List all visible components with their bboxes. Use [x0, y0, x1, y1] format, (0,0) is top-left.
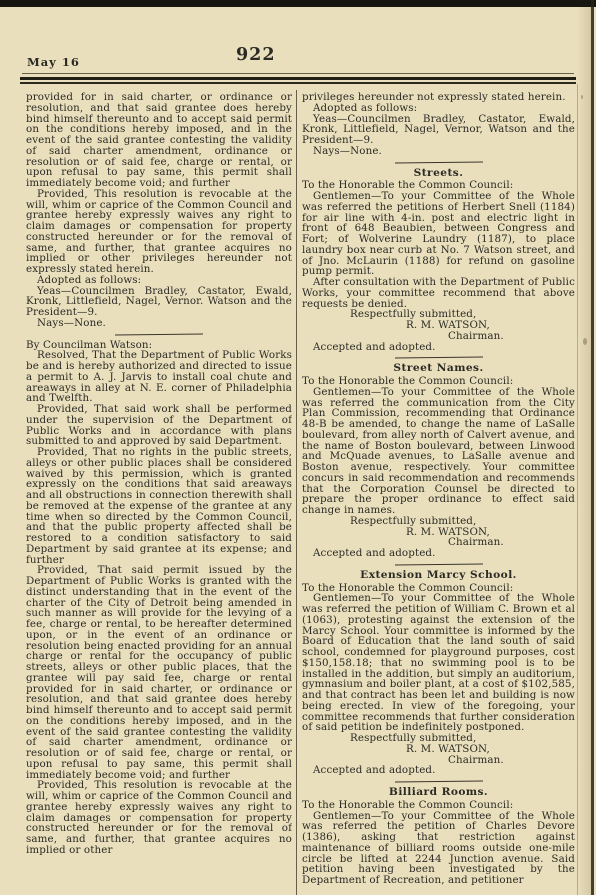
- column-divider-rule: [296, 90, 297, 895]
- paragraph: To the Honorable the Common Council:: [302, 800, 575, 811]
- section-divider-rule: [115, 333, 203, 335]
- scan-speck: [581, 95, 583, 99]
- section-divider-rule: [394, 563, 482, 565]
- paragraph: Gentlemen—To your Committee of the Whole…: [302, 191, 575, 277]
- paragraph: Adopted as follows:: [302, 103, 575, 114]
- paragraph: Provided, This resolution is revocable a…: [26, 189, 292, 275]
- paragraph: Provided, That said work shall be perfor…: [26, 404, 292, 447]
- paragraph: Provided, That no rights in the public s…: [26, 447, 292, 565]
- section-divider-rule: [394, 357, 482, 359]
- paragraph: Adopted as follows:: [26, 275, 292, 286]
- signature-name: R. M. WATSON,: [302, 744, 575, 755]
- paragraph: Gentlemen—To your Committee of the Whole…: [302, 593, 575, 733]
- scan-speck: [583, 338, 587, 345]
- signature-name: R. M. WATSON,: [302, 320, 575, 331]
- paragraph: Resolved, That the Department of Public …: [26, 350, 292, 404]
- scan-top-edge: [0, 0, 596, 7]
- paragraph: Provided, This resolution is revocable a…: [26, 780, 292, 855]
- paragraph: Accepted and adopted.: [302, 548, 575, 559]
- header-rule-thin: [22, 73, 574, 74]
- section-divider-rule: [394, 781, 482, 783]
- paragraph: Provided, That said permit issued by the…: [26, 565, 292, 780]
- paragraph: Accepted and adopted.: [302, 765, 575, 776]
- paragraph: Accepted and adopted.: [302, 342, 575, 353]
- paragraph: Yeas—Councilmen Bradley, Castator, Ewald…: [26, 286, 292, 318]
- section-heading-extension-marcy-school: Extension Marcy School.: [302, 570, 575, 581]
- section-divider-rule: [394, 161, 482, 163]
- header-date: May 16: [27, 55, 80, 69]
- header-rule-medium: [20, 82, 576, 84]
- right-column: privileges hereunder not expressly state…: [302, 92, 575, 895]
- paragraph: Nays—None.: [302, 146, 575, 157]
- section-heading-streets: Streets.: [302, 168, 575, 179]
- page-crease-line: [577, 84, 578, 895]
- paragraph: Nays—None.: [26, 318, 292, 329]
- paragraph: After consultation with the Department o…: [302, 277, 575, 309]
- paragraph: provided for in said charter, or ordinan…: [26, 92, 292, 189]
- header-page-number: 922: [236, 45, 276, 65]
- section-heading-billiard-rooms: Billiard Rooms.: [302, 787, 575, 798]
- paragraph: Yeas—Councilmen Bradley, Castator, Ewald…: [302, 114, 575, 146]
- signature-name: R. M. WATSON,: [302, 527, 575, 538]
- signature-line: Respectfully submitted,: [302, 516, 575, 527]
- left-column: provided for in said charter, or ordinan…: [26, 92, 292, 895]
- paragraph: Gentlemen—To your Committee of the Whole…: [302, 811, 575, 886]
- section-heading-street-names: Street Names.: [302, 363, 575, 374]
- page-right-shading: [577, 7, 591, 895]
- page-right-edge: [591, 0, 594, 895]
- paragraph: Gentlemen—To your Committee of the Whole…: [302, 387, 575, 516]
- signature-title: Chairman.: [302, 331, 575, 342]
- header-rule-thick: [20, 77, 576, 80]
